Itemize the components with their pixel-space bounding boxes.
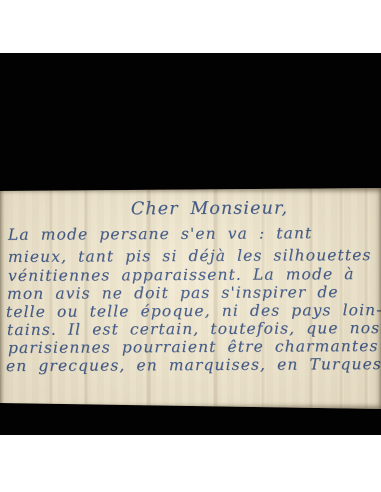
salutation-text: Cher Monsieur, (0, 198, 381, 220)
photo-background: Cher Monsieur, La mode persane s'en va :… (0, 53, 381, 435)
handwriting-line-1: La mode persane s'en va : tant (8, 223, 312, 245)
handwriting-line-8: en grecques, en marquises, en Turques ou (6, 354, 381, 376)
page: Cher Monsieur, La mode persane s'en va :… (0, 0, 381, 492)
handwritten-note-card: Cher Monsieur, La mode persane s'en va :… (0, 188, 381, 409)
